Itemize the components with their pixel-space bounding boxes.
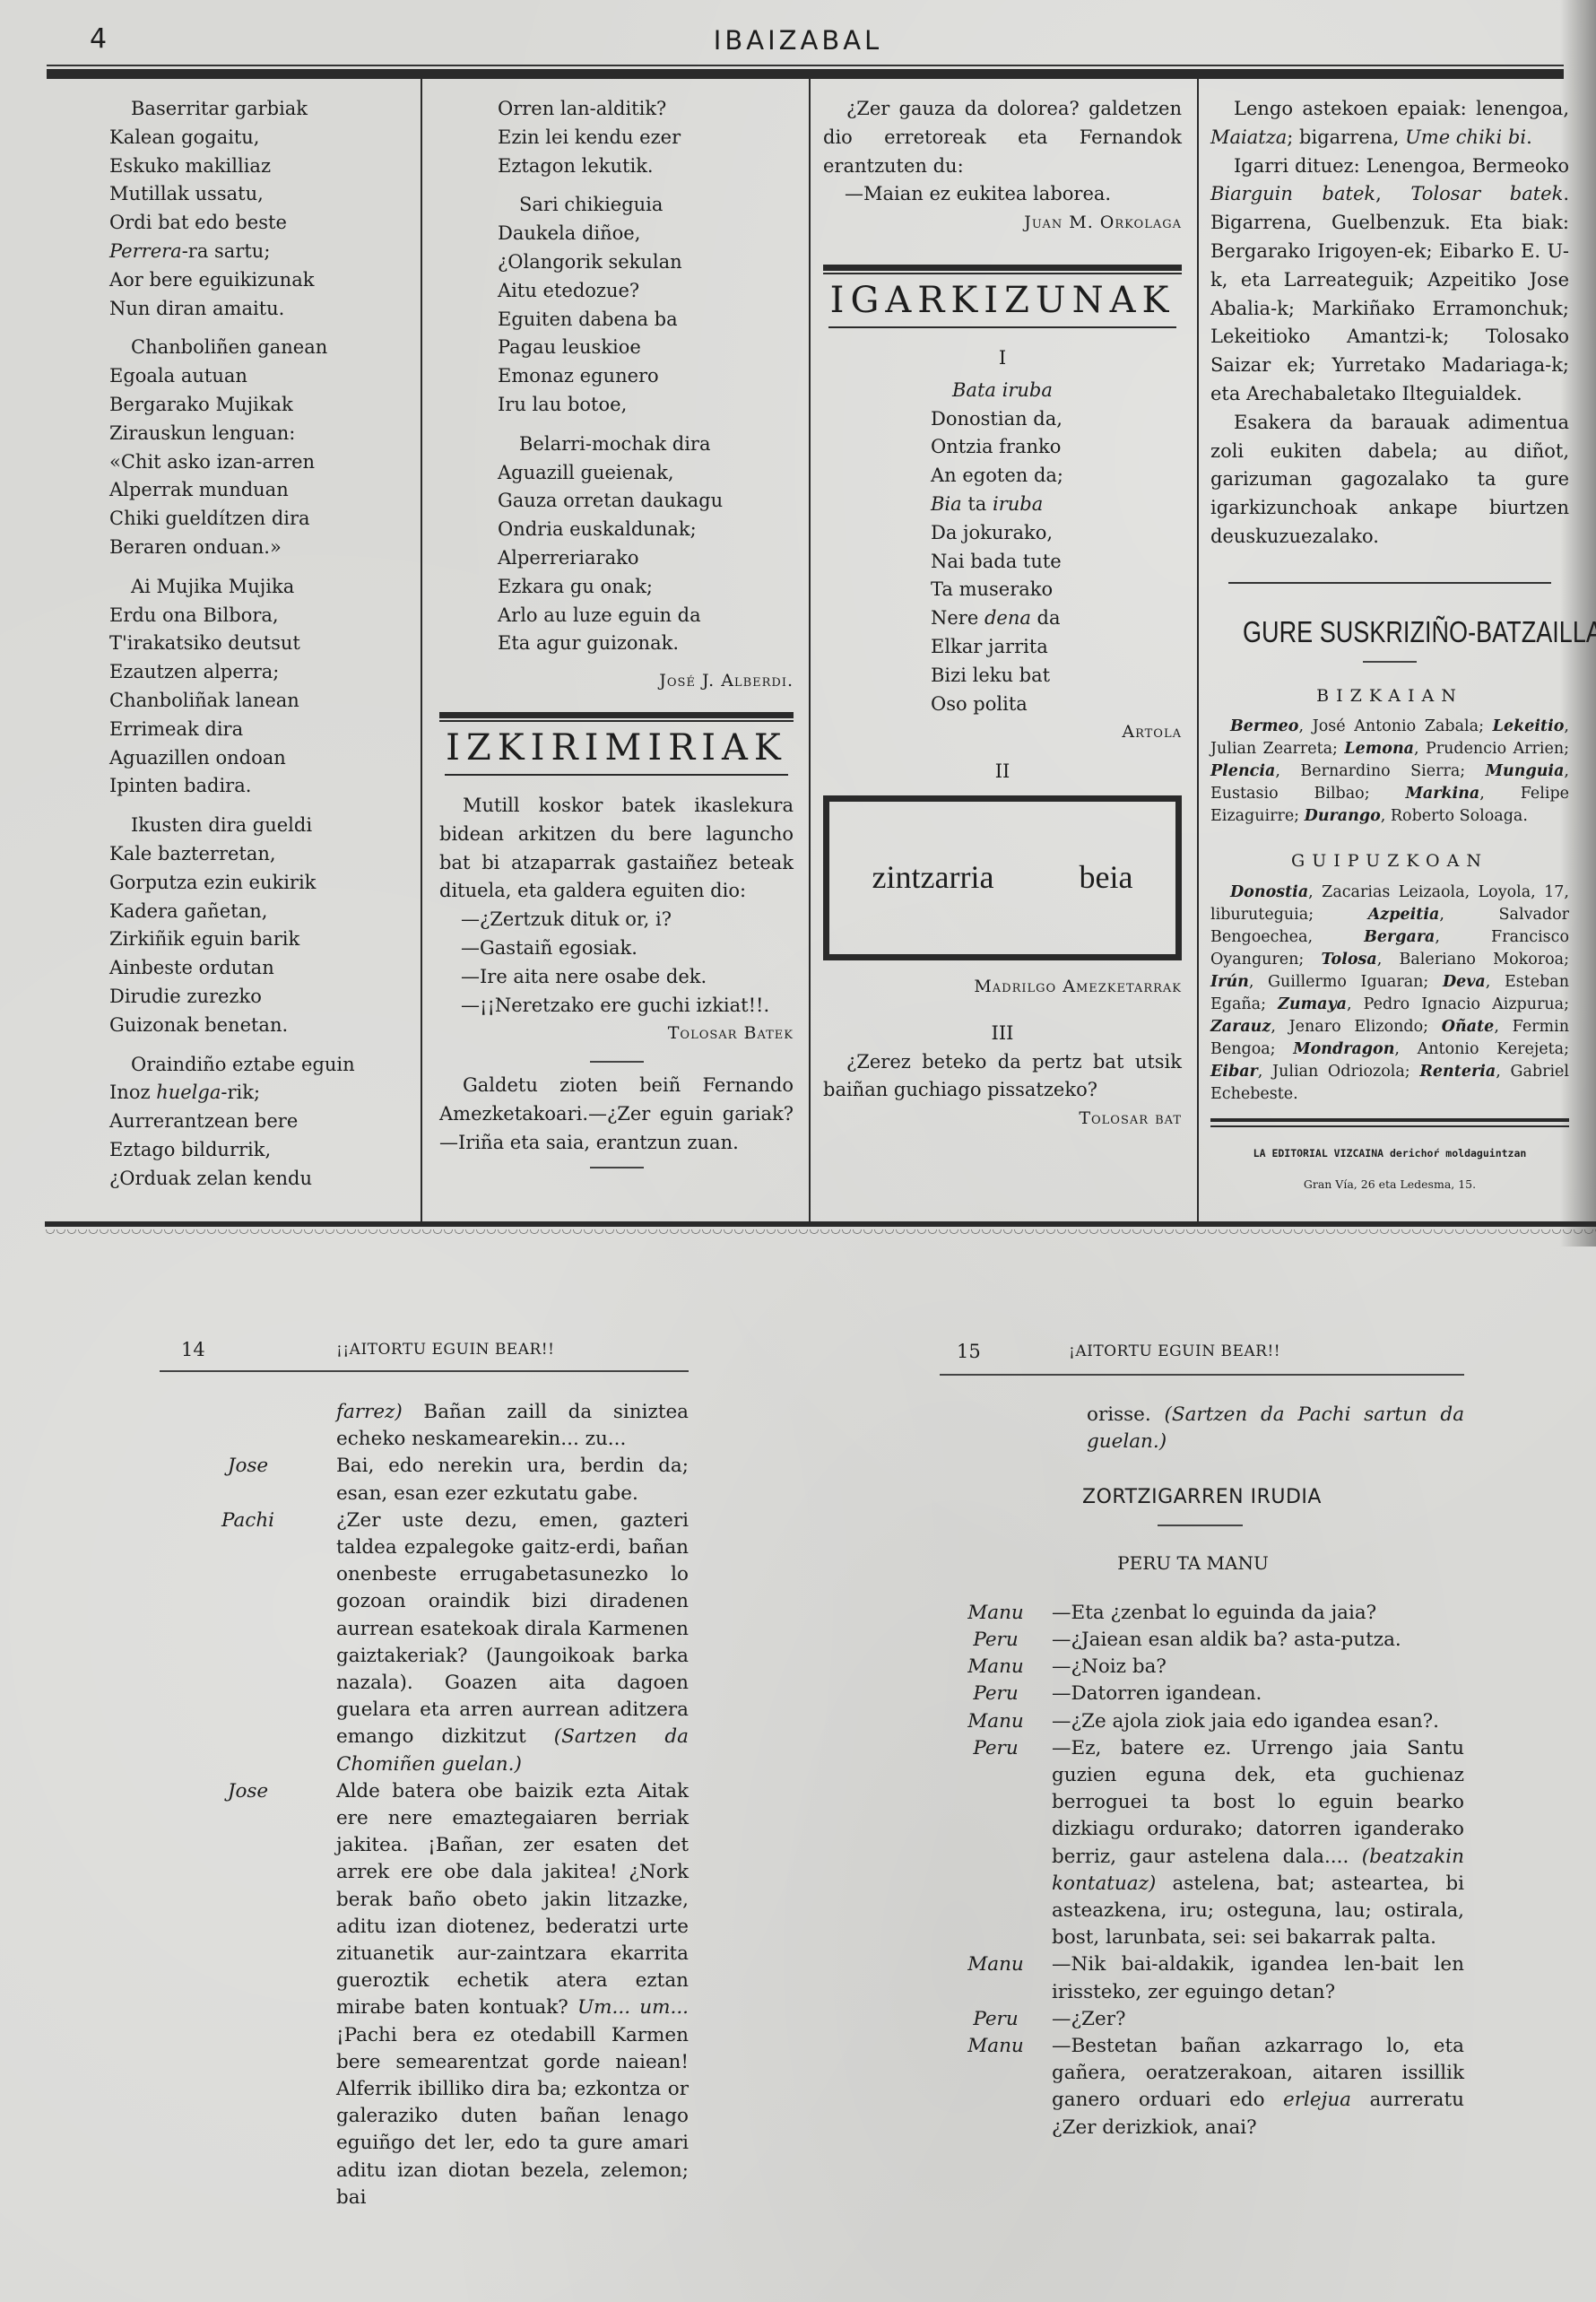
poem-line: Ai Mujika Mujika [109,573,405,602]
riddle-1-poem: Bata irubaDonostian da,Ontzia frankoAn e… [823,377,1182,719]
newspaper-masthead: IBAIZABAL [0,25,1596,56]
speech-text: —Bestetan bañan azkarrago lo, eta gañera… [1052,2033,1464,2141]
dialogue-row: Peru—Datorren igandean. [940,1681,1464,1707]
riddle-line: An egoten da; [931,462,1182,491]
poem-line: Kale bazterretan, [109,840,405,869]
subscribers-title: GURE SUSKRIZIÑO-BATZAILLAK [1243,618,1537,647]
poem-line: Sari chikieguia [498,191,794,220]
speech-text: Alde batera obe baizik ezta Aitak ere ne… [336,1778,689,2211]
dialogue-row: JoseAlde batera obe baizik ezta Aitak er… [160,1778,689,2211]
poem-line: ¿Olangorik sekulan [498,248,794,277]
column-2: Orren lan-alditik?Ezin lei kendu ezerEzt… [439,95,794,1177]
riddle-2-word: zintzarria [872,864,994,892]
poem-line: Alperreriarako [498,544,794,573]
speaker-name: Manu [940,1708,1052,1735]
poem-line: Gauza orretan daukagu [498,487,794,516]
riddle-line: Elkar jarrita [931,633,1182,662]
poem-line: Ipinten badira. [109,772,405,801]
printer-address: Gran Vía, 26 eta Ledesma, 15. [1210,1170,1569,1199]
riddle-2-word: beia [1080,864,1133,892]
joke-1-author: Tolosar Batek [439,1020,794,1048]
printer-name: LA EDITORIAL VIZCAINA derichoŕ moldaguin… [1210,1140,1569,1168]
dialogue-line: —¡¡Neretzako ere guchi izkiat!!. [439,992,794,1021]
poem-author: José J. Alberdi. [439,667,794,696]
riddle-line: Da jokurako, [931,519,1182,548]
bizkaia-subscribers-list: Bermeo, José Antonio Zabala; Lekeitio, J… [1210,716,1569,828]
joke-3-paragraph: ¿Zer gauza da dolorea? galdetzen dio err… [823,95,1182,180]
solvers-paragraph: Igarri dituez: Lenengoa, Bermeoko Biargu… [1210,152,1569,409]
poem-line: Inoz huelga-rik; [109,1079,405,1108]
poem-line: Ezin lei kendu ezer [498,124,794,152]
column-1-poem: Baserritar garbiakKalean gogaitu,Eskuko … [109,95,405,1203]
joke-3-author: Juan M. Orkolaga [823,209,1182,238]
speech-text: —¿Noiz ba? [1052,1654,1464,1681]
dialogue-row: Manu—Eta ¿zenbat lo eguinda da jaia? [940,1600,1464,1627]
poem-line: Eguiten dabena ba [498,306,794,334]
speech-text: —Nik bai-aldakik, igandea len-bait len i… [1052,1951,1464,2005]
riddle-3-author: Tolosar bat [823,1105,1182,1134]
riddle-line: Bata iruba [931,377,1182,405]
section-divider [45,1221,1596,1227]
book-left-header-rule [160,1370,689,1372]
poem-line: Zirauskun lenguan: [109,420,405,448]
speaker-name: Peru [940,2006,1052,2033]
book-right-page-number: 15 [957,1341,981,1362]
riddle-3-number: III [823,1020,1182,1048]
speech-text: —Ez, batere ez. Urrengo jaia Santu guzie… [1052,1735,1464,1952]
poem-line: Alperrak munduan [109,476,405,505]
riddle-2-author: Madrilgo Amezketarrak [823,973,1182,1002]
stanza: Belarri-mochak diraAguazill gueienak,Gau… [498,430,794,658]
poem-line: Aor bere eguikizunak [109,266,405,295]
book-left-running-head: ¡¡AITORTU EGUIN BEAR!! [336,1341,554,1359]
poem-line: Orren lan-alditik? [498,95,794,124]
separator-rule [1363,661,1417,663]
joke-1-paragraph: Mutill koskor batek ikaslekura bidean ar… [439,792,794,906]
region-heading-bizkaia: BIZKAIAN [1210,682,1569,711]
scene-title: ZORTZIGARREN IRUDIA [940,1484,1464,1511]
book-right-content: orisse. (Sartzen da Pachi sartun da guel… [940,1402,1464,2141]
poem-line: Nun diran amaitu. [109,295,405,324]
poem-line: «Chit asko izan-arren [109,448,405,477]
poem-line: Aguazillen ondoan [109,744,405,773]
separator-rule [590,1167,644,1168]
poem-line: Emonaz egunero [498,362,794,391]
poem-line: Beraren onduan.» [109,534,405,562]
poem-line: Gorputza ezin eukirik [109,869,405,898]
poem-line: Erdu ona Bilbora, [109,602,405,630]
gipuzkoa-subscribers-list: Donostia, Zacarias Leizaola, Loyola, 17,… [1210,882,1569,1106]
previous-answers-paragraph: Lengo astekoen epaiak: lenengoa, Maiatza… [1210,95,1569,152]
column-divider [421,77,422,1221]
stanza: Oraindiño eztabe eguinInoz huelga-rik;Au… [109,1051,405,1194]
poem-line: Ezkara gu onak; [498,573,794,602]
joke-2-paragraph: Galdetu zioten beiñ Fernando Amezketakoa… [439,1072,794,1157]
speech-text: —Datorren igandean. [1052,1681,1464,1707]
masthead-rule-thin [47,65,1564,66]
dialogue-row: Manu—¿Noiz ba? [940,1654,1464,1681]
poem-line: Eztagon lekutik. [498,152,794,181]
poem-line: Errimeak dira [109,716,405,744]
riddle-3-text: ¿Zerez beteko da pertz bat utsik baiñan … [823,1048,1182,1106]
dialogue-row: Manu—Bestetan bañan azkarrago lo, eta ga… [940,2033,1464,2141]
poem-line: Zirkiñik eguin barik [109,925,405,954]
poem-line: Ainbeste ordutan [109,954,405,983]
poem-line: Arlo au luze eguin da [498,602,794,630]
section-title-igarkizunak: IGARKIZUNAK [823,265,1182,325]
joke-1-dialogue: —¿Zertzuk dituk or, i?—Gastaiñ egosiak.—… [439,906,794,1020]
lent-paragraph: Esakera da barauak adimentua zoli eukite… [1210,409,1569,552]
scene-characters: PERU TA MANU [940,1550,1464,1577]
column-4: Lengo astekoen epaiak: lenengoa, Maiatza… [1210,95,1569,1199]
riddle-1-author: Artola [823,718,1182,747]
book-left-page-number: 14 [181,1339,205,1360]
poem-line: Guizonak benetan. [109,1012,405,1040]
stanza: Ikusten dira gueldiKale bazterretan,Gorp… [109,812,405,1039]
speaker-name: Pachi [160,1507,336,1778]
masthead-rule-thick [47,69,1564,79]
dialogue-line: —¿Zertzuk dituk or, i? [439,906,794,934]
speaker-name [160,1399,336,1453]
poem-line: Ordi bat edo beste [109,209,405,238]
speech-text: —¿Zer? [1052,2006,1464,2033]
section-title-izkirimiriak: IZKIRIMIRIAK [439,712,794,772]
poem-line: Ondria euskaldunak; [498,516,794,544]
poem-line: Perrera-ra sartu; [109,238,405,266]
riddle-line: Nere dena da [931,604,1182,633]
speech-text: farrez) Bañan zaill da siniztea echeko n… [336,1399,689,1453]
poem-line: Kadera gañetan, [109,898,405,926]
dialogue-row: Peru—¿Jaiean esan aldik ba? asta-putza. [940,1627,1464,1654]
speaker-name: Peru [940,1681,1052,1707]
poem-line: Daukela diñoe, [498,220,794,248]
speech-text: —¿Ze ajola ziok jaia edo igandea esan?. [1052,1708,1464,1735]
poem-line: Chanboliñak lanean [109,687,405,716]
poem-line: Chiki gueldítzen dira [109,505,405,534]
poem-line: Belarri-mochak dira [498,430,794,459]
poem-line: Eta agur guizonak. [498,630,794,658]
poem-line: Aitu etedozue? [498,277,794,306]
poem-line: Kalean gogaitu, [109,124,405,152]
speaker-name: Peru [940,1627,1052,1654]
poem-continuation: Orren lan-alditik?Ezin lei kendu ezerEzt… [439,95,794,658]
stanza: Baserritar garbiakKalean gogaitu,Eskuko … [109,95,405,323]
book-left-dialogue: farrez) Bañan zaill da siniztea echeko n… [160,1399,689,2211]
riddle-2-picture-box: zintzarria beia [823,795,1182,960]
speech-text: Bai, edo nerekin ura, berdin da; esan, e… [336,1453,689,1507]
riddle-1-number: I [823,344,1182,373]
speaker-name: Jose [160,1453,336,1507]
speaker-name: Jose [160,1778,336,2211]
poem-line: Mutillak ussatu, [109,180,405,209]
book-right-running-head: ¡AITORTU EGUIN BEAR!! [1069,1342,1280,1360]
poem-line: Egoala autuan [109,362,405,391]
riddle-line: Ta muserako [931,576,1182,604]
speaker-name: Peru [940,1735,1052,1952]
riddle-line: Nai bada tute [931,548,1182,577]
riddle-line: Ontzia franko [931,433,1182,462]
section-divider-wave [45,1229,1596,1235]
poem-line: Iru lau botoe, [498,391,794,420]
speaker-name: Manu [940,1600,1052,1627]
poem-line: ¿Orduak zelan kendu [109,1165,405,1194]
column-3: ¿Zer gauza da dolorea? galdetzen dio err… [823,95,1182,1134]
joke-3-answer: —Maian ez eukitea laborea. [823,180,1182,209]
region-heading-gipuzkoa: GUIPUZKOAN [1210,847,1569,876]
column-divider [1197,77,1199,1221]
stage-direction-continuation: orisse. (Sartzen da Pachi sartun da guel… [1087,1402,1464,1455]
riddle-line: Bizi leku bat [931,662,1182,691]
poem-line: Bergarako Mujikak [109,391,405,420]
poem-line: T'irakatsiko deutsut [109,630,405,658]
book-right-header-rule [940,1374,1464,1376]
dialogue-row: Manu—Nik bai-aldakik, igandea len-bait l… [940,1951,1464,2005]
separator-rule [590,1061,644,1063]
speaker-name: Manu [940,1654,1052,1681]
dialogue-row: JoseBai, edo nerekin ura, berdin da; esa… [160,1453,689,1507]
poem-line: Oraindiño eztabe eguin [109,1051,405,1080]
speech-text: —¿Jaiean esan aldik ba? asta-putza. [1052,1627,1464,1654]
separator-rule [1228,582,1551,584]
speaker-name: Manu [940,2033,1052,2141]
scene-title-rule [1158,1525,1243,1526]
riddle-line: Donostian da, [931,405,1182,434]
poem-line: Dirudie zurezko [109,983,405,1012]
poem-line: Ezautzen alperra; [109,658,405,687]
speaker-name: Manu [940,1951,1052,2005]
dialogue-row: farrez) Bañan zaill da siniztea echeko n… [160,1399,689,1453]
riddle-line: Bia ta iruba [931,491,1182,519]
stanza: Chanboliñen ganeanEgoala autuanBergarako… [109,334,405,561]
poem-line: Ikusten dira gueldi [109,812,405,840]
dialogue-row: Peru—Ez, batere ez. Urrengo jaia Santu g… [940,1735,1464,1952]
stanza: Sari chikieguiaDaukela diñoe,¿Olangorik … [498,191,794,419]
column-divider [809,77,811,1221]
poem-line: Eskuko makilliaz [109,152,405,181]
riddle-line: Oso polita [931,691,1182,719]
poem-line: Eztago bildurrik, [109,1136,405,1165]
book-right-dialogue: Manu—Eta ¿zenbat lo eguinda da jaia?Peru… [940,1600,1464,2141]
stanza: Orren lan-alditik?Ezin lei kendu ezerEzt… [498,95,794,180]
riddle-2-number: II [823,758,1182,786]
speech-text: —Eta ¿zenbat lo eguinda da jaia? [1052,1600,1464,1627]
poem-line: Aguazill gueienak, [498,459,794,488]
poem-line: Aurrerantzean bere [109,1108,405,1136]
poem-line: Pagau leuskioe [498,334,794,362]
dialogue-row: Manu—¿Ze ajola ziok jaia edo igandea esa… [940,1708,1464,1735]
dialogue-row: Pachi¿Zer uste dezu, emen, gazteri talde… [160,1507,689,1778]
footer-rule [1210,1118,1569,1127]
joke-1: Mutill koskor batek ikaslekura bidean ar… [439,792,794,1168]
poem-line: Chanboliñen ganean [109,334,405,362]
stanza: Ai Mujika MujikaErdu ona Bilbora,T'iraka… [109,573,405,801]
dialogue-line: —Ire aita nere osabe dek. [439,963,794,992]
dialogue-row: Peru—¿Zer? [940,2006,1464,2033]
speech-text: ¿Zer uste dezu, emen, gazteri taldea ezp… [336,1507,689,1778]
poem-line: Baserritar garbiak [109,95,405,124]
dialogue-line: —Gastaiñ egosiak. [439,934,794,963]
